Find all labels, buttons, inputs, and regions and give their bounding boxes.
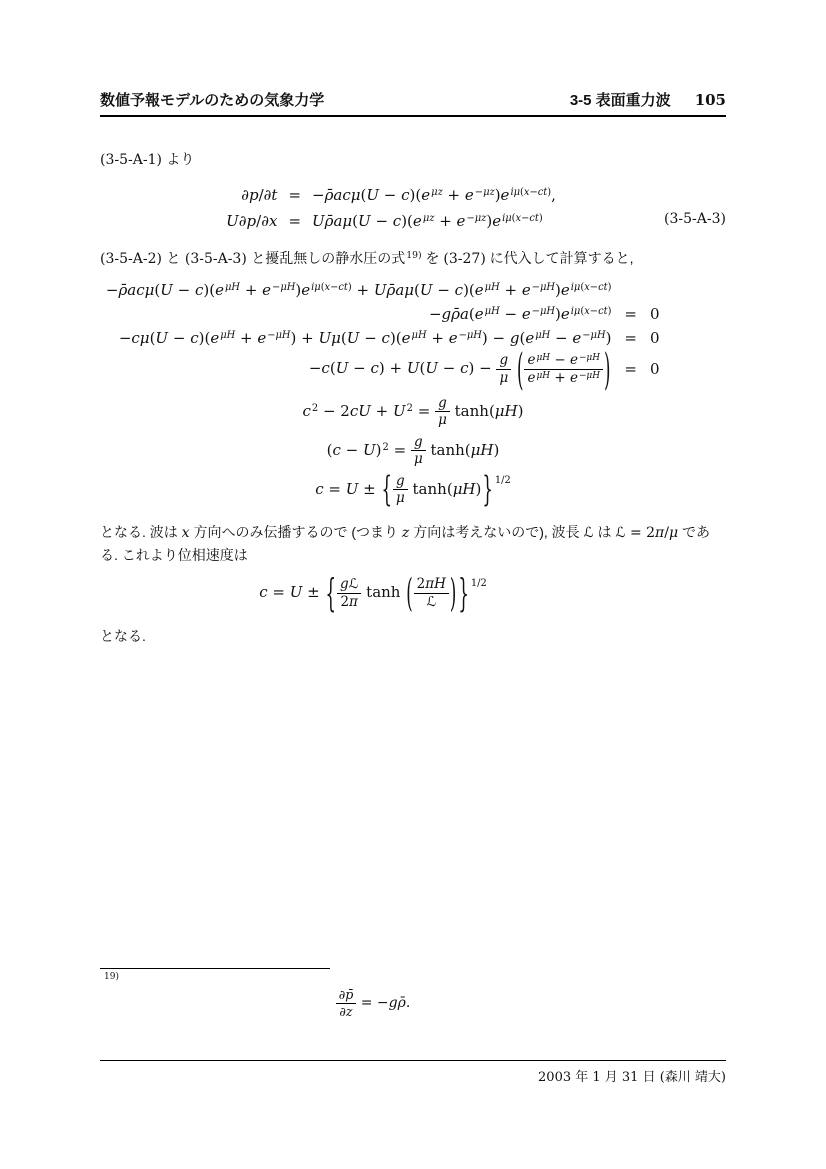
- header-right: 3-5 表面重力波 105: [570, 92, 726, 109]
- equation-expression: −ρ̄acμ(U − c)(eμH + e−μH)eiμ(x−ct) + Uρ̄…: [106, 278, 612, 302]
- equation-rhs: −ρ̄acμ(U − c)(eμz + e−μz)eiμ(x−ct),: [312, 182, 556, 208]
- equation-line: U∂p/∂x = Uρ̄aμ(U − c)(eμz + e−μz)eiμ(x−c…: [226, 208, 556, 234]
- equation-rhs: 0: [650, 302, 662, 326]
- equation-rhs: [650, 278, 662, 302]
- equation-relation: [611, 278, 650, 302]
- paragraph-wavelength: となる. 波は x 方向へのみ伝播するので (つまり z 方向は考えないので),…: [100, 522, 726, 567]
- equation-c1: c2 − 2cU + U2 = gμ tanh(μH): [100, 396, 726, 428]
- footnote-marker: 19): [104, 972, 726, 982]
- equation-relation: =: [611, 350, 650, 388]
- equation-relation: =: [611, 302, 650, 326]
- equation-relation: =: [277, 182, 312, 208]
- equation-rhs: Uρ̄aμ(U − c)(eμz + e−μz)eiμ(x−ct): [312, 208, 556, 234]
- equation-lhs: U∂p/∂x: [226, 208, 277, 234]
- document-title: 数値予報モデルのための気象力学: [100, 92, 324, 109]
- footer-date: 2003 年 1 月 31 日 (森川 靖大): [100, 1061, 726, 1085]
- footnote-equation: ∂p̄∂z = −gρ̄.: [60, 988, 686, 1018]
- equation-line: −gρ̄a(eμH − e−μH)eiμ(x−ct) = 0: [106, 302, 662, 326]
- equation-block-a: ∂p/∂t = −ρ̄acμ(U − c)(eμz + e−μz)eiμ(x−c…: [100, 182, 726, 234]
- equation-align-table: ∂p/∂t = −ρ̄acμ(U − c)(eμz + e−μz)eiμ(x−c…: [226, 182, 556, 234]
- page-content: 数値予報モデルのための気象力学 3-5 表面重力波 105 (3-5-A-1) …: [100, 0, 726, 648]
- paragraph-substitution: (3-5-A-2) と (3-5-A-3) と擾乱無しの静水圧の式19) を (…: [100, 248, 726, 271]
- footnote-rule: [100, 968, 330, 969]
- page-number: 105: [695, 92, 726, 109]
- equation-line: ∂p/∂t = −ρ̄acμ(U − c)(eμz + e−μz)eiμ(x−c…: [226, 182, 556, 208]
- page-footer: 2003 年 1 月 31 日 (森川 靖大): [100, 1060, 726, 1085]
- equation-relation: =: [611, 326, 650, 350]
- equation-line: −c(U − c) + U(U − c) − gμ (eμH − e−μHeμH…: [106, 350, 662, 388]
- document-page: 数値予報モデルのための気象力学 3-5 表面重力波 105 (3-5-A-1) …: [0, 0, 826, 1169]
- equation-relation: =: [277, 208, 312, 234]
- footnote: 19) ∂p̄∂z = −gρ̄.: [100, 968, 726, 1018]
- equation-rhs: 0: [650, 350, 662, 388]
- section-title: 3-5 表面重力波: [570, 92, 671, 109]
- equation-block-b: −ρ̄acμ(U − c)(eμH + e−μH)eiμ(x−ct) + Uρ̄…: [106, 278, 662, 388]
- equation-expression: −gρ̄a(eμH − e−μH)eiμ(x−ct): [106, 302, 612, 326]
- equation-label: (3-5-A-3): [664, 211, 726, 227]
- paragraph-intro: (3-5-A-1) より: [100, 149, 726, 172]
- paragraph-closing: となる.: [100, 626, 726, 649]
- equation-c3: c = U ± {gμ tanh(μH)}1/2: [100, 474, 726, 506]
- equation-lhs: ∂p/∂t: [226, 182, 277, 208]
- equation-rhs: 0: [650, 326, 662, 350]
- equation-expression: −c(U − c) + U(U − c) − gμ (eμH − e−μHeμH…: [106, 350, 612, 388]
- equation-c2: (c − U)2 = gμ tanh(μH): [100, 435, 726, 467]
- page-header: 数値予報モデルのための気象力学 3-5 表面重力波 105: [100, 0, 726, 117]
- equation-expression: −cμ(U − c)(eμH + e−μH) + Uμ(U − c)(eμH +…: [106, 326, 612, 350]
- equation-line: −cμ(U − c)(eμH + e−μH) + Uμ(U − c)(eμH +…: [106, 326, 662, 350]
- equation-line: −ρ̄acμ(U − c)(eμH + e−μH)eiμ(x−ct) + Uρ̄…: [106, 278, 662, 302]
- equation-phase-speed: c = U ± {gℒ2π tanh (2πHℒ)}1/2: [60, 577, 686, 609]
